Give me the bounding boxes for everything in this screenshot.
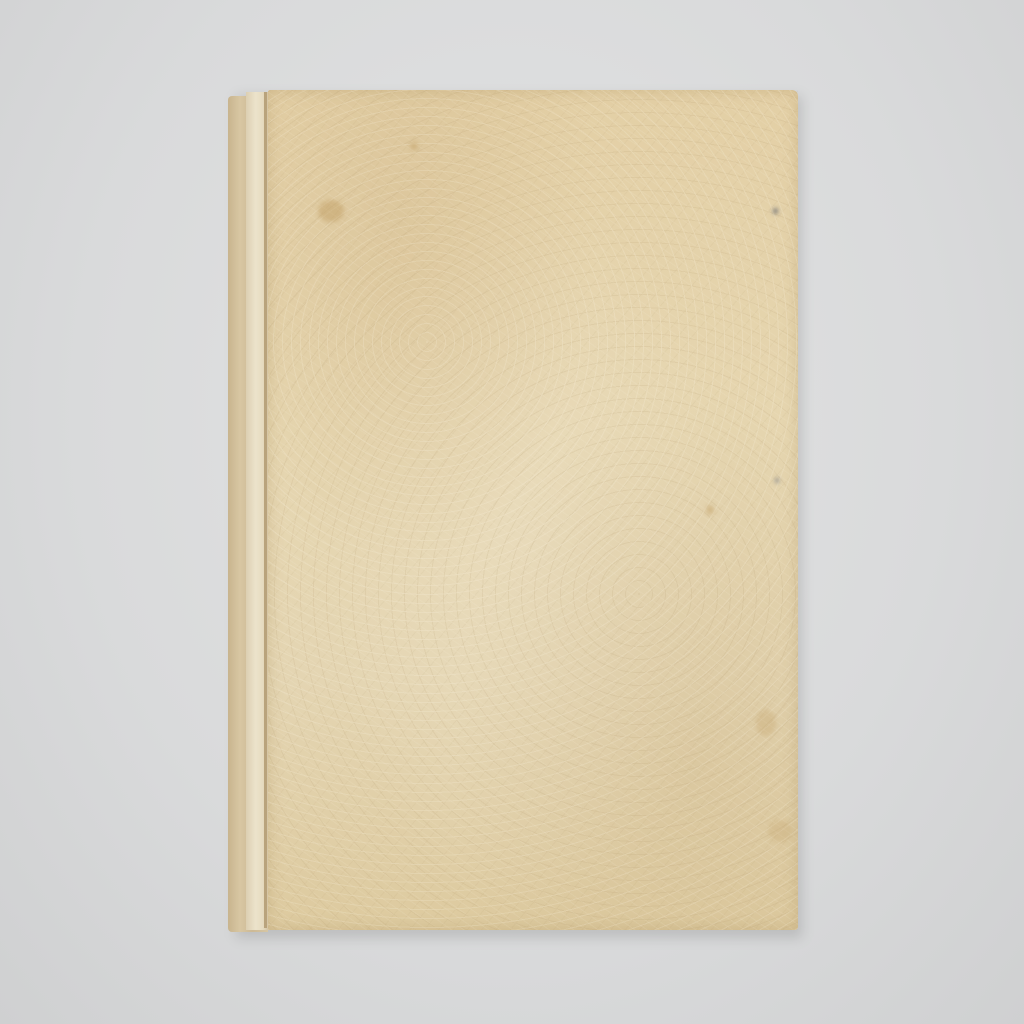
book-cover bbox=[268, 90, 798, 930]
stain-mark bbox=[706, 505, 714, 515]
stain-mark bbox=[773, 208, 778, 214]
stain-mark bbox=[775, 478, 779, 483]
leather-texture bbox=[268, 90, 798, 930]
stain-mark bbox=[768, 820, 792, 842]
stain-mark bbox=[756, 710, 776, 736]
stain-mark bbox=[318, 200, 344, 222]
stain-mark bbox=[410, 142, 418, 150]
spine-hinge-line bbox=[264, 92, 267, 928]
